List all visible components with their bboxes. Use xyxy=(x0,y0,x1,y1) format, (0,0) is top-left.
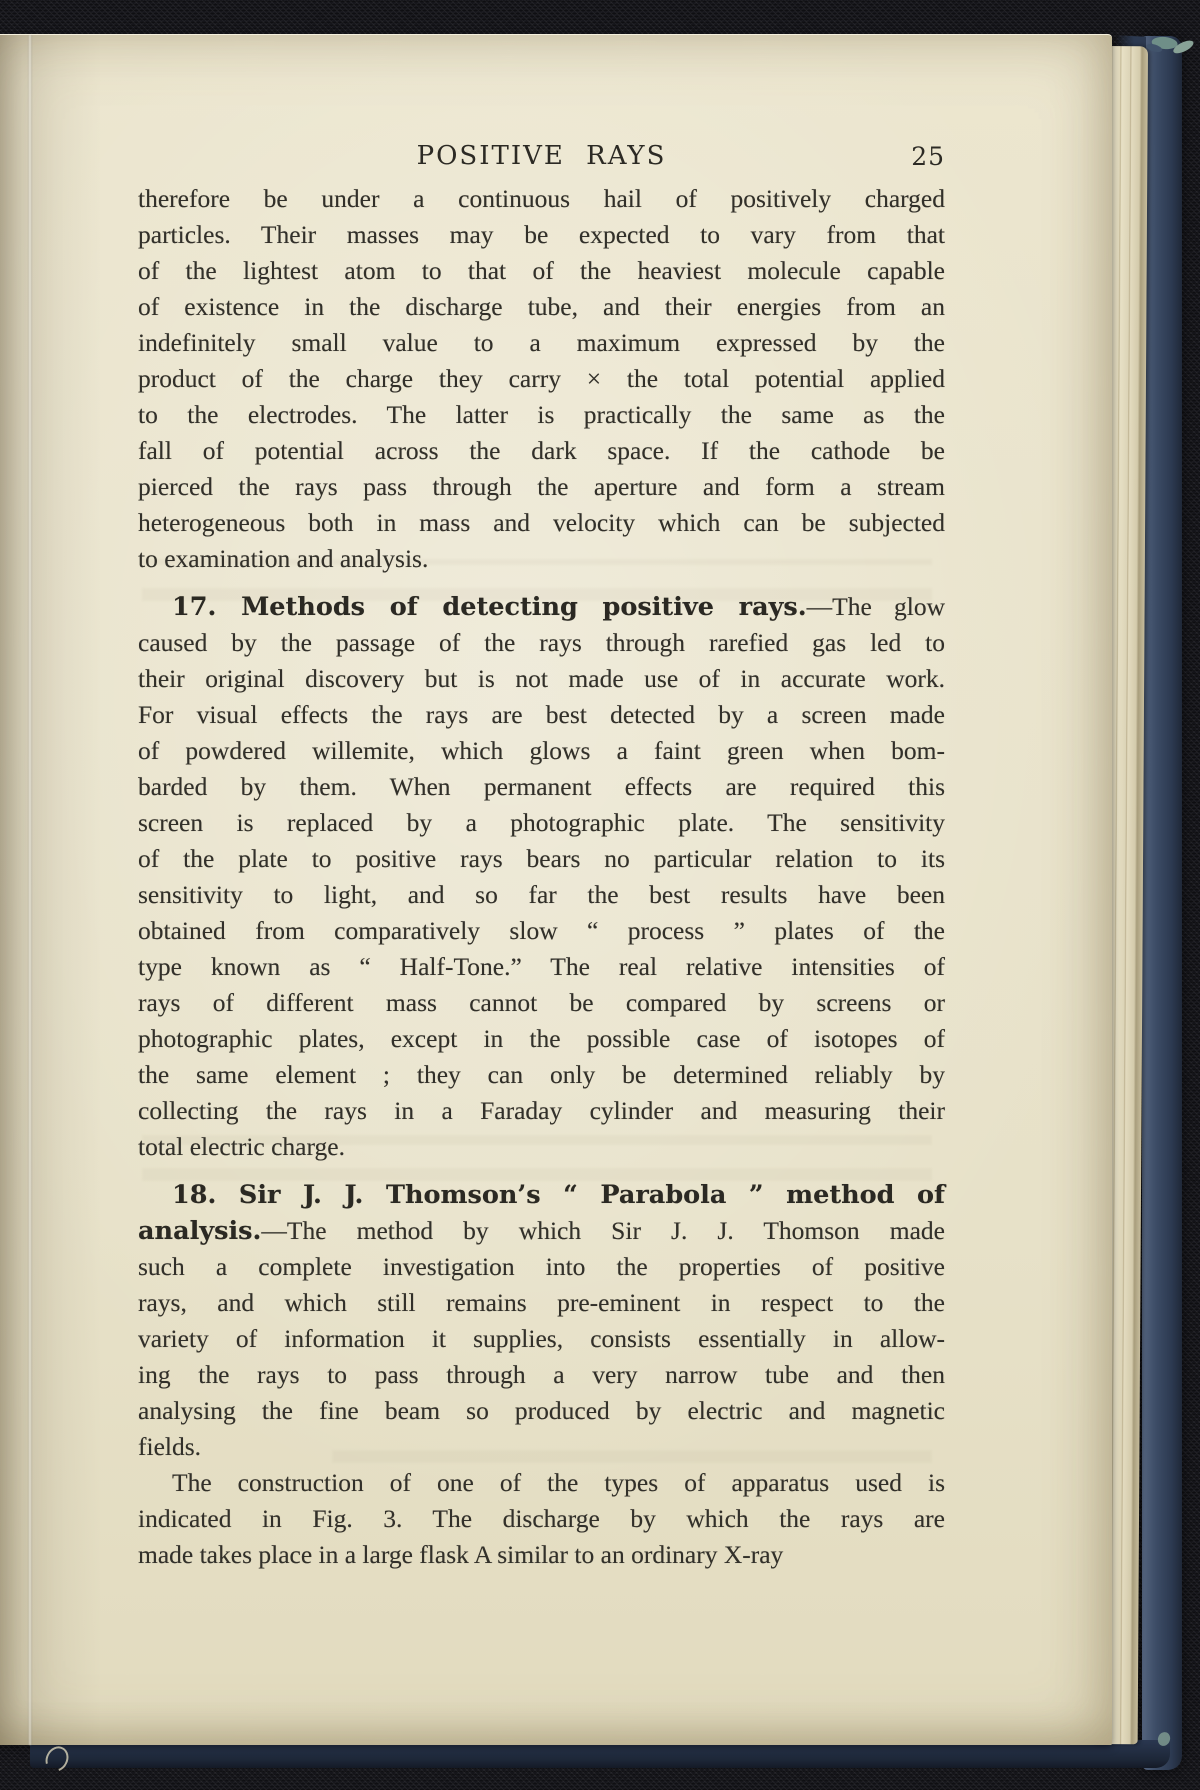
section-heading: 17. Methods of detecting positive rays. xyxy=(172,592,807,622)
gutter-shadow xyxy=(0,35,102,1745)
paragraph: therefore be under a continuous hail of … xyxy=(138,181,945,577)
frayed-thread-icon xyxy=(1144,25,1200,66)
text-line: type known as “ Half-Tone.” The real rel… xyxy=(138,949,945,985)
text-line: of powdered willemite, which glows a fai… xyxy=(138,733,945,769)
text-line: variety of information it supplies, cons… xyxy=(138,1321,945,1357)
text-line: to the electrodes. The latter is practic… xyxy=(138,397,945,433)
text-line: of the plate to positive rays bears no p… xyxy=(138,841,945,877)
text-line: indicated in Fig. 3. The discharge by wh… xyxy=(138,1501,945,1537)
text-line: screen is replaced by a photographic pla… xyxy=(138,805,945,841)
text-line: For visual effects the rays are best det… xyxy=(138,697,945,733)
paragraph: The construction of one of the types of … xyxy=(138,1465,945,1573)
text-line: their original discovery but is not made… xyxy=(138,661,945,697)
text-line: made takes place in a large flask A simi… xyxy=(138,1537,945,1573)
text-line: collecting the rays in a Faraday cylinde… xyxy=(138,1093,945,1129)
book-page: POSITIVE RAYS 25 therefore be under a co… xyxy=(0,34,1112,1745)
paragraph: 17. Methods of detecting positive rays.—… xyxy=(138,589,945,1165)
gutter-crease xyxy=(28,35,32,1745)
text-line: The construction of one of the types of … xyxy=(138,1465,945,1501)
book-photo-scene: POSITIVE RAYS 25 therefore be under a co… xyxy=(0,0,1200,1790)
text-body: therefore be under a continuous hail of … xyxy=(138,181,945,1573)
text-line: obtained from comparatively slow “ proce… xyxy=(138,913,945,949)
running-title: POSITIVE RAYS xyxy=(138,141,945,171)
text-line: barded by them. When permanent effects a… xyxy=(138,769,945,805)
page-header: POSITIVE RAYS 25 xyxy=(138,141,945,175)
section-heading: analysis. xyxy=(138,1216,261,1246)
section-heading: 18. Sir J. J. Thomson’s “ Parabola ” met… xyxy=(172,1180,945,1210)
text-line: 18. Sir J. J. Thomson’s “ Parabola ” met… xyxy=(138,1177,945,1213)
text-line: to examination and analysis. xyxy=(138,541,945,577)
page-number: 25 xyxy=(911,142,945,171)
paragraph: 18. Sir J. J. Thomson’s “ Parabola ” met… xyxy=(138,1177,945,1465)
text-line: therefore be under a continuous hail of … xyxy=(138,181,945,217)
text-line: the same element ; they can only be dete… xyxy=(138,1057,945,1093)
text-line: photographic plates, except in the possi… xyxy=(138,1021,945,1057)
text-line: indefinitely small value to a maximum ex… xyxy=(138,325,945,361)
text-line: product of the charge they carry × the t… xyxy=(138,361,945,397)
text-line: analysing the fine beam so produced by e… xyxy=(138,1393,945,1429)
text-line: ing the rays to pass through a very narr… xyxy=(138,1357,945,1393)
text-line: rays of different mass cannot be compare… xyxy=(138,985,945,1021)
text-line: analysis.—The method by which Sir J. J. … xyxy=(138,1213,945,1249)
text-line: fall of potential across the dark space.… xyxy=(138,433,945,469)
text-line: heterogeneous both in mass and velocity … xyxy=(138,505,945,541)
text-line: pierced the rays pass through the apertu… xyxy=(138,469,945,505)
book-cover-edge-right xyxy=(1142,36,1182,1770)
text-line: particles. Their masses may be expected … xyxy=(138,217,945,253)
text-line: total electric charge. xyxy=(138,1129,945,1165)
heading-continuation: —The method by which Sir J. J. Thomson m… xyxy=(261,1216,945,1245)
text-line: of existence in the discharge tube, and … xyxy=(138,289,945,325)
text-line: such a complete investigation into the p… xyxy=(138,1249,945,1285)
heading-continuation: —The glow xyxy=(807,592,945,621)
text-line: rays, and which still remains pre-eminen… xyxy=(138,1285,945,1321)
text-line: fields. xyxy=(138,1429,945,1465)
text-line: of the lightest atom to that of the heav… xyxy=(138,253,945,289)
text-line: sensitivity to light, and so far the bes… xyxy=(138,877,945,913)
text-line: 17. Methods of detecting positive rays.—… xyxy=(138,589,945,625)
text-line: caused by the passage of the rays throug… xyxy=(138,625,945,661)
